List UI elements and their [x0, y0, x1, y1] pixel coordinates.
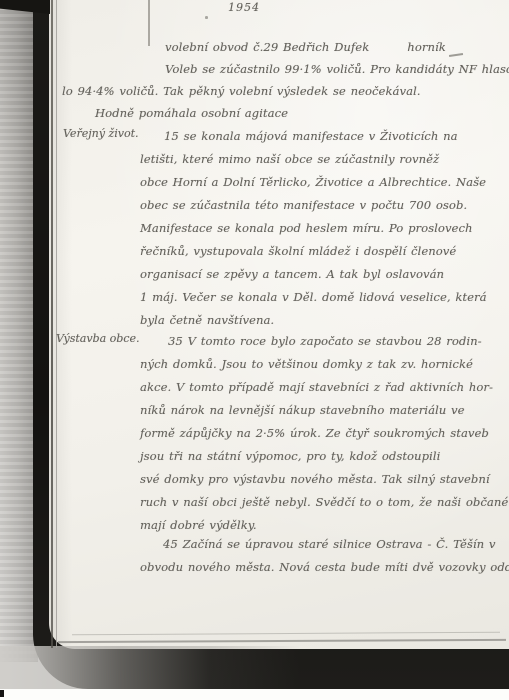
manuscript-line: mají dobré výdělky.: [140, 518, 257, 532]
manuscript-line: volební obvod č.29 Bedřich Dufek horník: [165, 40, 446, 54]
manuscript-line: 35 V tomto roce bylo započato se stavbou…: [168, 334, 482, 348]
manuscript-line: obvodu nového města. Nová cesta bude mít…: [140, 560, 509, 574]
manuscript-line: akce. V tomto případě mají stavebníci z …: [140, 380, 493, 394]
manuscript-line: Manifestace se konala pod heslem míru. P…: [140, 221, 473, 235]
manuscript-line: obce Horní a Dolní Těrlicko, Životice a …: [140, 175, 486, 189]
margin-label-public-life: Veřejný život.: [63, 127, 139, 140]
manuscript-line: organisací se zpěvy a tancem. A tak byl …: [140, 267, 444, 281]
page-edge-line: [56, 0, 57, 648]
manuscript-line: Hodně pomáhala osobní agitace: [95, 106, 288, 120]
ink-dot-mark: [205, 16, 208, 19]
manuscript-line: obec se zúčastnila této manifestace v po…: [140, 198, 467, 212]
margin-label-village-building: Výstavba obce.: [56, 332, 139, 345]
manuscript-line: letišti, které mimo naší obce se zúčastn…: [140, 152, 439, 166]
manuscript-line: své domky pro výstavbu nového města. Tak…: [140, 472, 490, 486]
manuscript-line: 1 máj. Večer se konala v Děl. domě lidov…: [140, 290, 487, 304]
manuscript-line: řečníků, vystupovala školní mládež i dos…: [140, 244, 456, 258]
manuscript-line: níků nárok na levnější nákup stavebního …: [140, 403, 465, 417]
manuscript-line: ruch v naší obci ještě nebyl. Svědčí to …: [140, 495, 508, 509]
manuscript-line: jsou tři na státní výpomoc, pro ty, kdož…: [140, 449, 440, 463]
year-heading: 1954: [228, 1, 260, 14]
manuscript-line: byla četně navštívena.: [140, 313, 274, 327]
manuscript-line: 15 se konala májová manifestace v Životi…: [164, 129, 458, 143]
bottom-band-fade: [0, 646, 300, 689]
manuscript-line: 45 Začíná se úpravou staré silnice Ostra…: [163, 537, 496, 551]
scan-bottom-strip: [0, 689, 509, 700]
manuscript-line: formě zápůjčky na 2·5% úrok. Ze čtyř sou…: [140, 426, 489, 440]
scanned-chronicle-page: 1954 Veřejný život. Výstavba obce. voleb…: [0, 0, 509, 700]
underpage-edge-line: [148, 0, 150, 46]
scan-artifact-bottom-left: [0, 690, 4, 697]
page-edge-line: [51, 0, 53, 648]
manuscript-line: lo 94·4% voličů. Tak pěkný volební výsle…: [62, 84, 421, 98]
manuscript-line: ných domků. Jsou to většinou domky z tak…: [140, 357, 473, 371]
manuscript-line: Voleb se zúčastnilo 99·1% voličů. Pro ka…: [165, 62, 509, 76]
